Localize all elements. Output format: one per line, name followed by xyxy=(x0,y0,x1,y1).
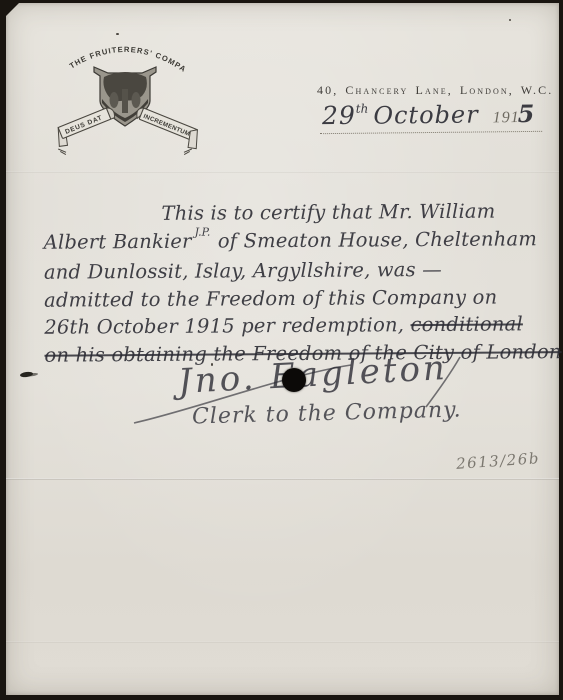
ribbon-left: DEUS DAT xyxy=(51,106,122,156)
paper-speck xyxy=(116,33,119,35)
crest-arc-title: THE FRUITERERS' COMPANY xyxy=(50,25,188,74)
paper-speck xyxy=(509,19,511,21)
paper-speck xyxy=(211,363,213,366)
struck-text: conditional xyxy=(410,312,523,336)
reference-number: 2613/26b xyxy=(455,449,540,473)
inserted-text: J.P. xyxy=(194,218,210,246)
handwritten-text: Albert Bankier xyxy=(44,229,192,253)
clipped-corner xyxy=(6,3,19,16)
clerk-title: Clerk to the Company. xyxy=(192,397,462,429)
written-year-digit: 5 xyxy=(517,99,534,128)
handwritten-text: and Dunlossit, Islay, Argyllshire, was — xyxy=(44,258,442,284)
handwritten-line: admitted to the Freedom of this Company … xyxy=(44,283,536,314)
address-line: 40, Chancery Lane, London, W.C. xyxy=(317,83,553,98)
handwritten-text: of Smeaton House, Cheltenham xyxy=(211,227,537,252)
handwritten-text: admitted to the Freedom of this Company … xyxy=(44,285,497,311)
letter-body: This is to certify that Mr. WilliamAlber… xyxy=(43,197,536,368)
date-day: 29 xyxy=(322,101,356,130)
handwritten-text: 26th October 1915 per redemption, xyxy=(44,313,410,339)
date-ordinal: th xyxy=(356,102,369,116)
fruiterers-company-crest: THE FRUITERERS' COMPANY DEUS DAT INCREME… xyxy=(50,25,200,165)
handwritten-line: Albert BankierJ.P. of Smeaton House, Che… xyxy=(44,225,536,259)
fold-crease xyxy=(6,171,559,173)
fold-crease xyxy=(6,641,559,643)
ribbon-right: INCREMENTUM xyxy=(129,106,200,158)
ink-blot xyxy=(20,371,34,378)
handwritten-line: This is to certify that Mr. William xyxy=(43,197,535,228)
handwritten-text: This is to certify that Mr. William xyxy=(161,200,495,225)
handwritten-line: and Dunlossit, Islay, Argyllshire, was — xyxy=(44,255,536,286)
printed-year-prefix: 191 xyxy=(493,109,520,126)
date-line: 29thOctober1915 xyxy=(320,99,543,134)
fold-crease xyxy=(6,478,559,480)
hole-punch xyxy=(282,368,306,392)
date-month: October xyxy=(373,101,479,130)
handwritten-line: 26th October 1915 per redemption, condit… xyxy=(44,310,536,341)
letter-paper: THE FRUITERERS' COMPANY DEUS DAT INCREME… xyxy=(6,3,559,695)
